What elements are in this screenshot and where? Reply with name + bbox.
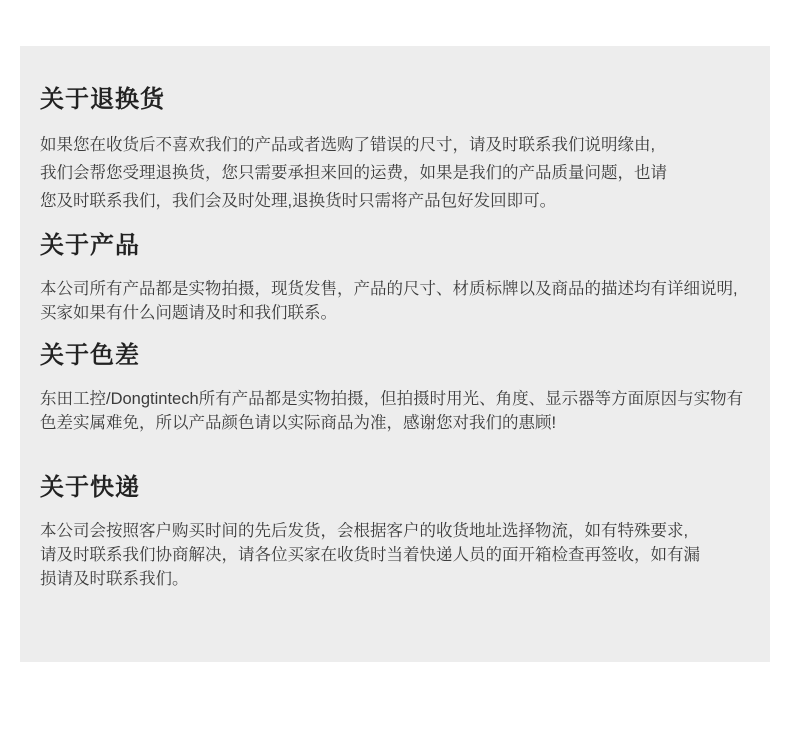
section-color-difference-heading: 关于色差 xyxy=(40,341,750,371)
text-line: 东田工控/Dongtintech所有产品都是实物拍摄，但拍摄时用光、角度、显示器… xyxy=(40,387,750,411)
text-line: 本公司会按照客户购买时间的先后发货，会根据客户的收货地址选择物流，如有特殊要求, xyxy=(40,519,750,543)
section-product-heading: 关于产品 xyxy=(40,231,750,261)
text-line: 色差实属难免，所以产品颜色请以实际商品为准，感谢您对我们的惠顾! xyxy=(40,411,750,435)
section-shipping: 关于快递 本公司会按照客户购买时间的先后发货，会根据客户的收货地址选择物流，如有… xyxy=(40,473,750,591)
section-shipping-heading: 关于快递 xyxy=(40,473,750,503)
text-line: 我们会帮您受理退换货，您只需要承担来回的运费，如果是我们的产品质量问题，也请 xyxy=(40,159,750,187)
section-color-difference: 关于色差 东田工控/Dongtintech所有产品都是实物拍摄，但拍摄时用光、角… xyxy=(40,341,750,435)
text-line: 如果您在收货后不喜欢我们的产品或者选购了错误的尺寸，请及时联系我们说明缘由, xyxy=(40,131,750,159)
text-line: 请及时联系我们协商解决，请各位买家在收货时当着快递人员的面开箱检查再签收，如有漏 xyxy=(40,543,750,567)
section-returns: 关于退换货 如果您在收货后不喜欢我们的产品或者选购了错误的尺寸，请及时联系我们说… xyxy=(40,85,750,215)
text-line: 本公司所有产品都是实物拍摄，现货发售，产品的尺寸、材质标牌以及商品的描述均有详细… xyxy=(40,277,750,301)
section-product-paragraph: 本公司所有产品都是实物拍摄，现货发售，产品的尺寸、材质标牌以及商品的描述均有详细… xyxy=(40,277,750,325)
text-line: 您及时联系我们，我们会及时处理,退换货时只需将产品包好发回即可。 xyxy=(40,187,750,215)
section-returns-heading: 关于退换货 xyxy=(40,85,750,115)
text-line: 损请及时联系我们。 xyxy=(40,567,750,591)
policy-card: 关于退换货 如果您在收货后不喜欢我们的产品或者选购了错误的尺寸，请及时联系我们说… xyxy=(20,46,770,662)
section-product: 关于产品 本公司所有产品都是实物拍摄，现货发售，产品的尺寸、材质标牌以及商品的描… xyxy=(40,231,750,325)
text-line: 买家如果有什么问题请及时和我们联系。 xyxy=(40,301,750,325)
section-color-difference-paragraph: 东田工控/Dongtintech所有产品都是实物拍摄，但拍摄时用光、角度、显示器… xyxy=(40,387,750,435)
section-returns-paragraph: 如果您在收货后不喜欢我们的产品或者选购了错误的尺寸，请及时联系我们说明缘由,我们… xyxy=(40,131,750,215)
page: { "page": { "background": "#ffffff", "ca… xyxy=(0,0,790,744)
section-shipping-paragraph: 本公司会按照客户购买时间的先后发货，会根据客户的收货地址选择物流，如有特殊要求,… xyxy=(40,519,750,591)
